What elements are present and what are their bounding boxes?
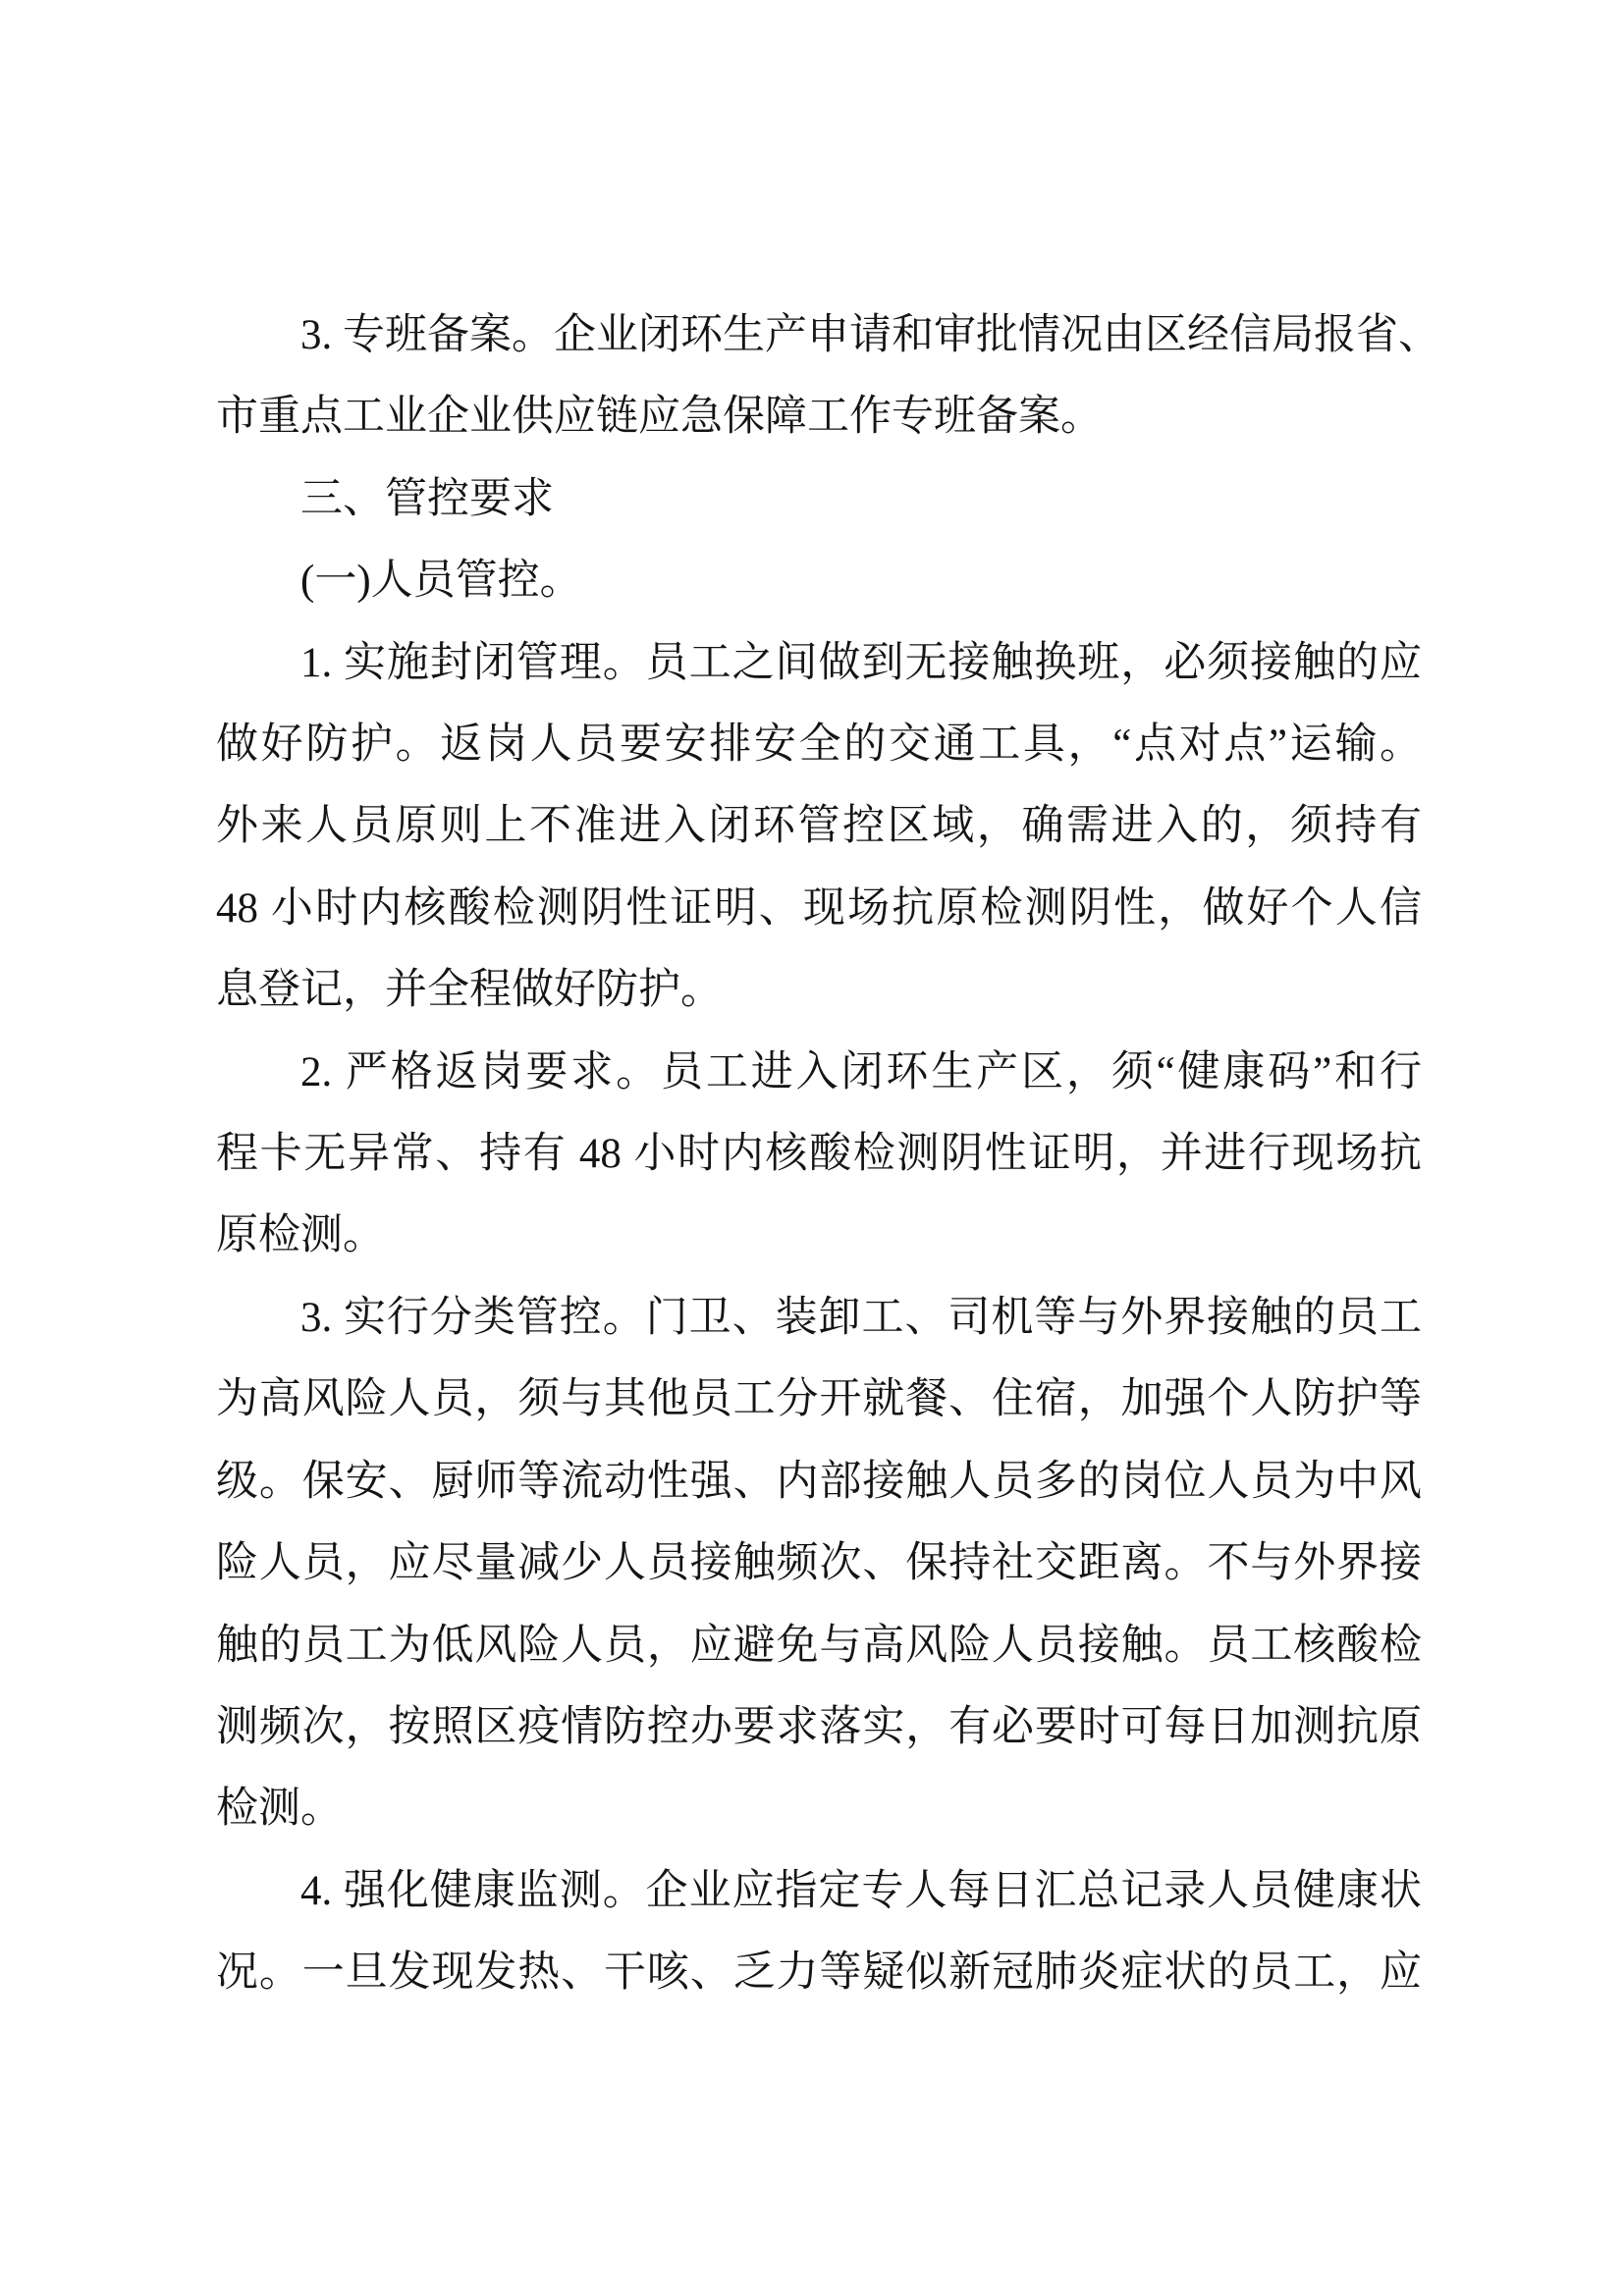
text-line: 检测。 xyxy=(216,1768,1422,1849)
text-line: 况。一旦发现发热、干咳、乏力等疑似新冠肺炎症状的员工，应 xyxy=(216,1932,1422,2013)
text-line: 3. 实行分类管控。门卫、装卸工、司机等与外界接触的员工 xyxy=(216,1277,1422,1359)
text-line: 做好防护。返岗人员要安排安全的交通工具，“点对点”运输。 xyxy=(216,704,1422,785)
text-line: 外来人员原则上不准进入闭环管控区域，确需进入的，须持有 xyxy=(216,785,1422,867)
paragraph-3-zhuanban-beian: 3. 专班备案。企业闭环生产申请和审批情况由区经信局报省、 市重点工业企业供应链… xyxy=(216,294,1422,458)
text-line: 息登记，并全程做好防护。 xyxy=(216,949,1422,1031)
document-page: 3. 专班备案。企业闭环生产申请和审批情况由区经信局报省、 市重点工业企业供应链… xyxy=(0,0,1624,2296)
text-line: 48 小时内核酸检测阴性证明、现场抗原检测阴性，做好个人信 xyxy=(216,868,1422,949)
text-line: 4. 强化健康监测。企业应指定专人每日汇总记录人员健康状 xyxy=(216,1850,1422,1932)
paragraph-3-shixing-fenlei-guankong: 3. 实行分类管控。门卫、装卸工、司机等与外界接触的员工 为高风险人员，须与其他… xyxy=(216,1277,1422,1850)
paragraph-1-shishi-fengbi-guanli: 1. 实施封闭管理。员工之间做到无接触换班，必须接触的应 做好防护。返岗人员要安… xyxy=(216,622,1422,1032)
section-heading-line: 三、管控要求 xyxy=(216,458,1422,540)
heading-renyuan-guankong: (一)人员管控。 xyxy=(216,540,1422,621)
text-line: 级。保安、厨师等流动性强、内部接触人员多的岗位人员为中风 xyxy=(216,1441,1422,1522)
document-text-block: 3. 专班备案。企业闭环生产申请和审批情况由区经信局报省、 市重点工业企业供应链… xyxy=(216,294,1422,2014)
text-line: 测频次，按照区疫情防控办要求落实，有必要时可每日加测抗原 xyxy=(216,1686,1422,1768)
text-line: 2. 严格返岗要求。员工进入闭环生产区，须“健康码”和行 xyxy=(216,1032,1422,1113)
text-line: 触的员工为低风险人员，应避免与高风险人员接触。员工核酸检 xyxy=(216,1605,1422,1686)
text-line: 程卡无异常、持有 48 小时内核酸检测阴性证明，并进行现场抗 xyxy=(216,1113,1422,1195)
heading-guankong-yaoqiu: 三、管控要求 xyxy=(216,458,1422,540)
paragraph-2-yange-fangang-yaoqiu: 2. 严格返岗要求。员工进入闭环生产区，须“健康码”和行 程卡无异常、持有 48… xyxy=(216,1032,1422,1277)
paragraph-4-qianghua-jiankang-jiance: 4. 强化健康监测。企业应指定专人每日汇总记录人员健康状 况。一旦发现发热、干咳… xyxy=(216,1850,1422,2014)
text-line: 市重点工业企业供应链应急保障工作专班备案。 xyxy=(216,376,1422,457)
text-line: 险人员，应尽量减少人员接触频次、保持社交距离。不与外界接 xyxy=(216,1522,1422,1604)
text-line: 3. 专班备案。企业闭环生产申请和审批情况由区经信局报省、 xyxy=(216,294,1422,376)
text-line: 为高风险人员，须与其他员工分开就餐、住宿，加强个人防护等 xyxy=(216,1359,1422,1440)
text-line: 1. 实施封闭管理。员工之间做到无接触换班，必须接触的应 xyxy=(216,622,1422,704)
text-line: 原检测。 xyxy=(216,1195,1422,1276)
subsection-heading-line: (一)人员管控。 xyxy=(216,540,1422,621)
